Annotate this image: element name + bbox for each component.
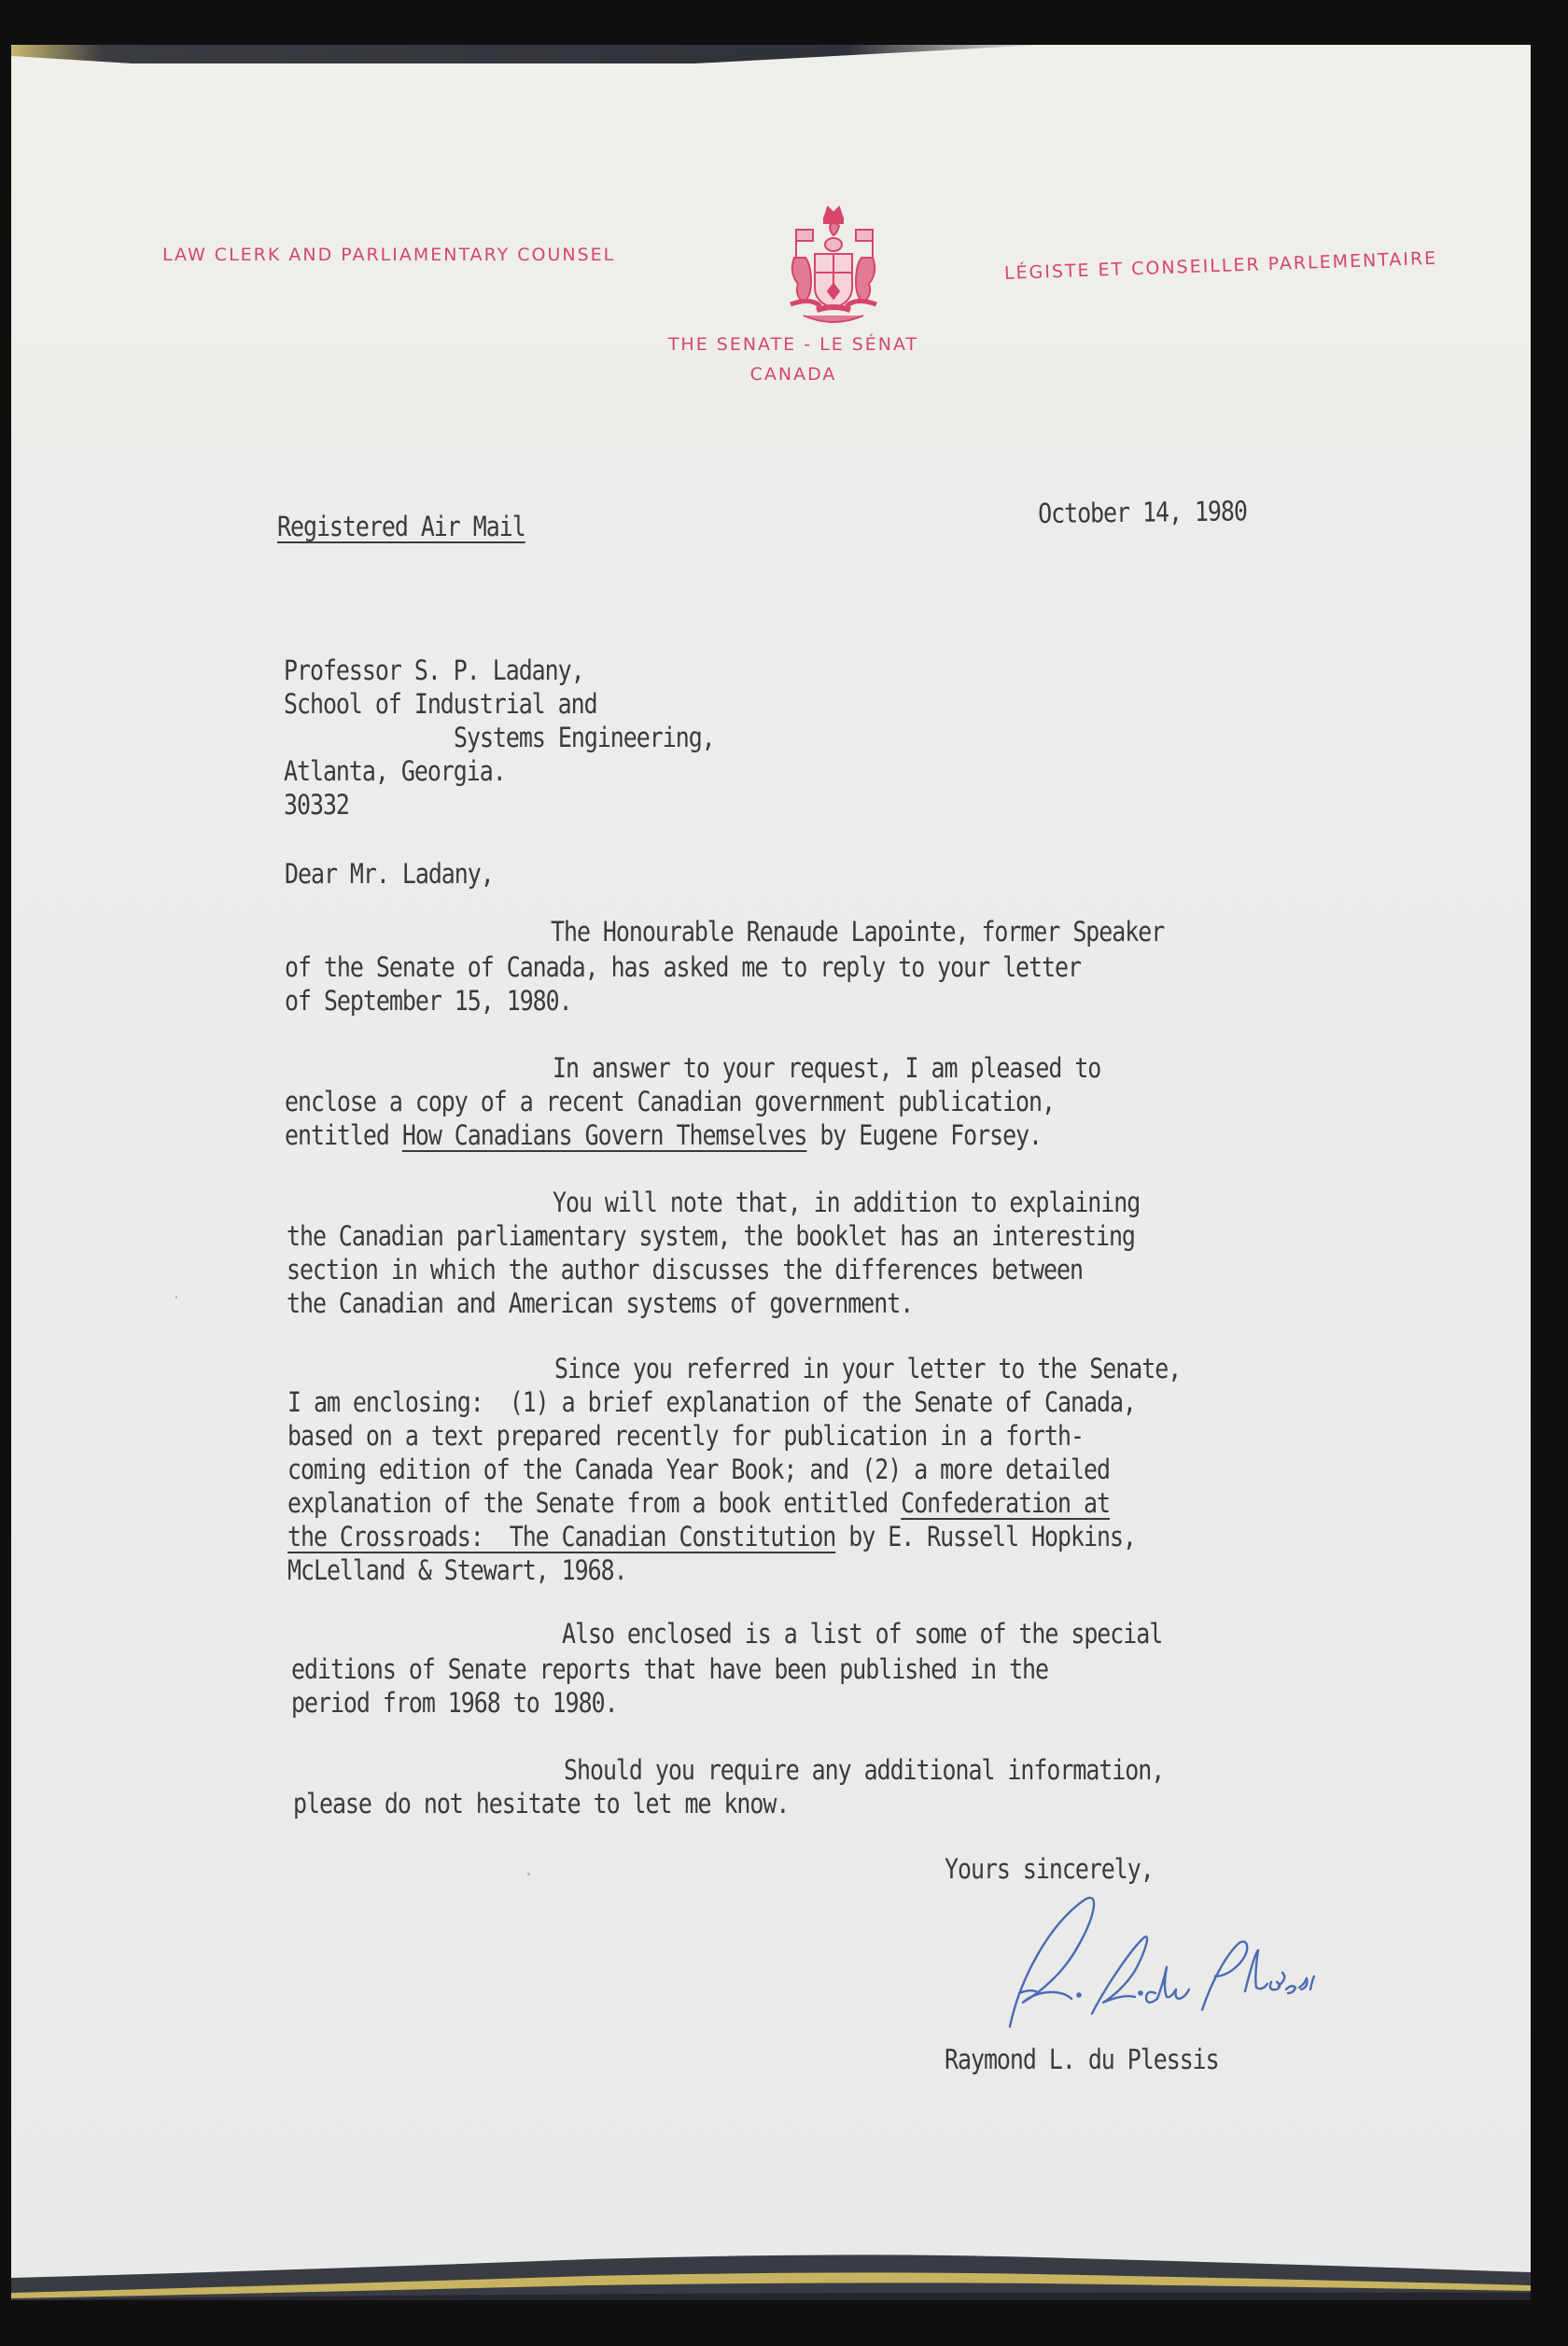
text-line: editions of Senate reports that have bee… [291,1652,1048,1686]
top-binding-edge [11,45,1531,63]
text-line: the Canadian and American systems of gov… [287,1286,913,1320]
signature-icon [982,1889,1337,2038]
paper-speck [175,1296,177,1299]
text-fragment: by Eugene Forsey. [806,1119,1042,1151]
text-line: In answer to your request, I am pleased … [553,1051,1100,1085]
text-line: of September 15, 1980. [285,984,572,1018]
text-line: entitled How Canadians Govern Themselves… [285,1118,1042,1152]
text-line: period from 1968 to 1980. [291,1686,618,1720]
recipient-line: School of Industrial and [284,687,597,721]
letter-date: October 14, 1980 [1038,494,1247,530]
text-line: enclose a copy of a recent Canadian gove… [285,1085,1055,1118]
text-line: Also enclosed is a list of some of the s… [562,1617,1162,1651]
text-line: the Crossroads: The Canadian Constitutio… [287,1520,1136,1553]
text-line: explanation of the Senate from a book en… [287,1486,1110,1520]
recipient-line: Professor S. P. Ladany, [284,653,584,687]
letterhead-left-title: LAW CLERK AND PARLIAMENTARY COUNSEL [162,245,615,265]
text-line: please do not hesitate to let me know. [293,1787,789,1820]
coat-of-arms-icon [783,202,884,327]
text-line: McLelland & Stewart, 1968. [287,1553,627,1587]
delivery-method-text: Registered Air Mail [277,511,525,542]
recipient-line: Atlanta, Georgia. [284,754,506,788]
text-line: Since you referred in your letter to the… [554,1352,1181,1385]
salutation: Dear Mr. Ladany, [285,857,494,891]
text-line: of the Senate of Canada, has asked me to… [285,950,1081,984]
text-line: You will note that, in addition to expla… [553,1186,1140,1219]
text-line: The Honourable Renaude Lapointe, former … [551,915,1164,948]
text-line: based on a text prepared recently for pu… [287,1419,1084,1453]
text-line: Should you require any additional inform… [564,1753,1164,1787]
letterhead-right-title: LÉGISTE ET CONSEILLER PARLEMENTAIRE [1004,248,1438,284]
paper-speck [527,1873,530,1875]
delivery-method: Registered Air Mail [277,510,525,543]
recipient-line: 30332 [284,788,349,822]
publication-title: How Canadians Govern Themselves [402,1119,806,1151]
text-line: coming edition of the Canada Year Book; … [287,1453,1110,1486]
bottom-binding-edge [11,2250,1531,2300]
letter-page: LAW CLERK AND PARLIAMENTARY COUNSEL LÉGI… [11,45,1531,2300]
letterhead-institution: THE SENATE - LE SÉNAT [422,334,1165,355]
text-fragment: explanation of the Senate from a book en… [287,1487,901,1519]
book-title: Confederation at [901,1487,1110,1519]
text-fragment: entitled [285,1119,402,1151]
signer-name: Raymond L. du Plessis [945,2043,1219,2076]
text-fragment: by E. Russell Hopkins, [835,1521,1136,1552]
text-line: I am enclosing: (1) a brief explanation … [287,1385,1136,1419]
closing: Yours sincerely, [945,1852,1154,1886]
book-title: the Crossroads: The Canadian Constitutio… [287,1521,835,1552]
recipient-line: Systems Engineering, [454,721,715,754]
letterhead-country: CANADA [422,364,1165,385]
text-line: the Canadian parliamentary system, the b… [287,1219,1135,1253]
text-line: section in which the author discusses th… [287,1253,1083,1286]
